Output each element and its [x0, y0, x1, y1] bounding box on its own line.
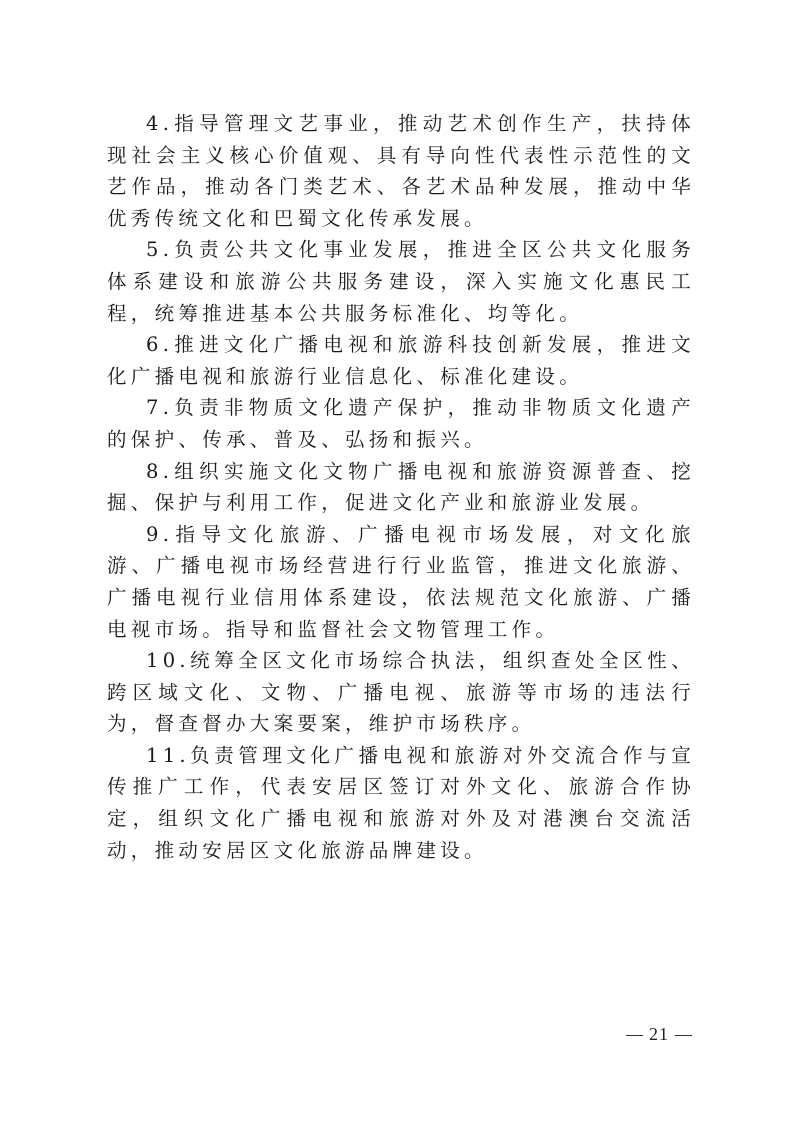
paragraph-item-10: 10.统筹全区文化市场综合执法，组织查处全区性、跨区域文化、文物、广播电视、旅游…	[107, 645, 695, 740]
paragraph-item-11: 11.负责管理文化广播电视和旅游对外交流合作与宣传推广工作，代表安居区签订对外文…	[107, 740, 695, 866]
paragraph-item-8: 8.组织实施文化文物广播电视和旅游资源普查、挖掘、保护与利用工作，促进文化产业和…	[107, 456, 695, 519]
paragraph-item-7: 7.负责非物质文化遗产保护，推动非物质文化遗产的保护、传承、普及、弘扬和振兴。	[107, 392, 695, 455]
paragraph-item-6: 6.推进文化广播电视和旅游科技创新发展，推进文化广播电视和旅游行业信息化、标准化…	[107, 329, 695, 392]
paragraph-item-9: 9.指导文化旅游、广播电视市场发展，对文化旅游、广播电视市场经营进行行业监管，推…	[107, 519, 695, 645]
page-number-left-dash	[626, 1035, 643, 1036]
document-body: 4.指导管理文艺事业，推动艺术创作生产，扶持体现社会主义核心价值观、具有导向性代…	[107, 108, 695, 866]
page-number-value: 21	[649, 1024, 669, 1044]
page-number: 21	[620, 1024, 698, 1045]
paragraph-item-4: 4.指导管理文艺事业，推动艺术创作生产，扶持体现社会主义核心价值观、具有导向性代…	[107, 108, 695, 234]
page-number-right-dash	[675, 1035, 692, 1036]
paragraph-item-5: 5.负责公共文化事业发展，推进全区公共文化服务体系建设和旅游公共服务建设，深入实…	[107, 234, 695, 329]
